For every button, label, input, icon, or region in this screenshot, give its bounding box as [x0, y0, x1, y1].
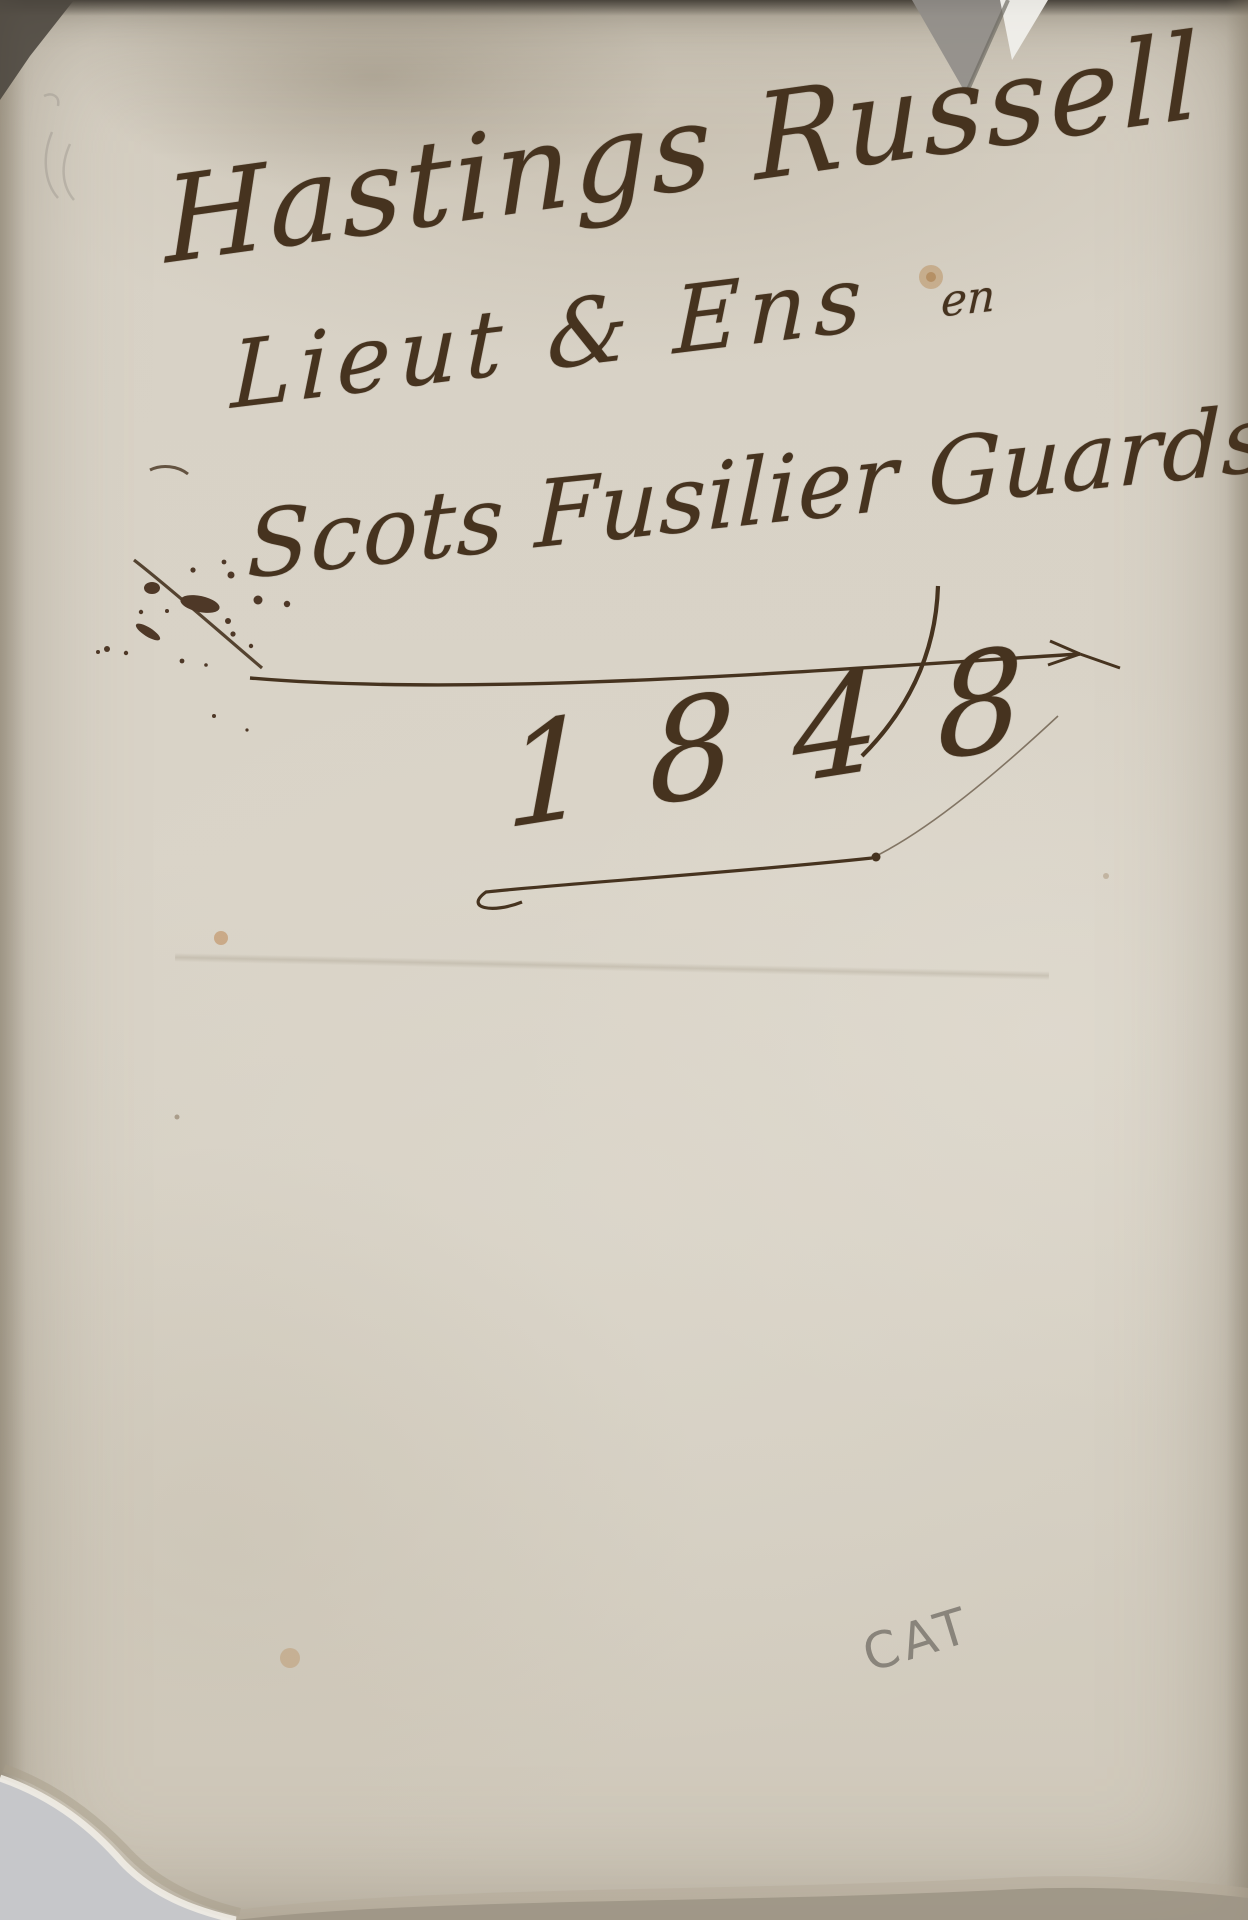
inscription-rank-superscript: en [940, 270, 996, 327]
lead-in-stroke [134, 560, 262, 668]
small-flourish-tick [150, 467, 188, 474]
dark-corner-top-left [0, 0, 74, 100]
faint-pencil-scribble [44, 94, 74, 200]
bottom-edge-wear [236, 1876, 1248, 1920]
flyleaf-photo: Hastings Russell Lieut & Ens en Scots Fu… [0, 0, 1248, 1920]
